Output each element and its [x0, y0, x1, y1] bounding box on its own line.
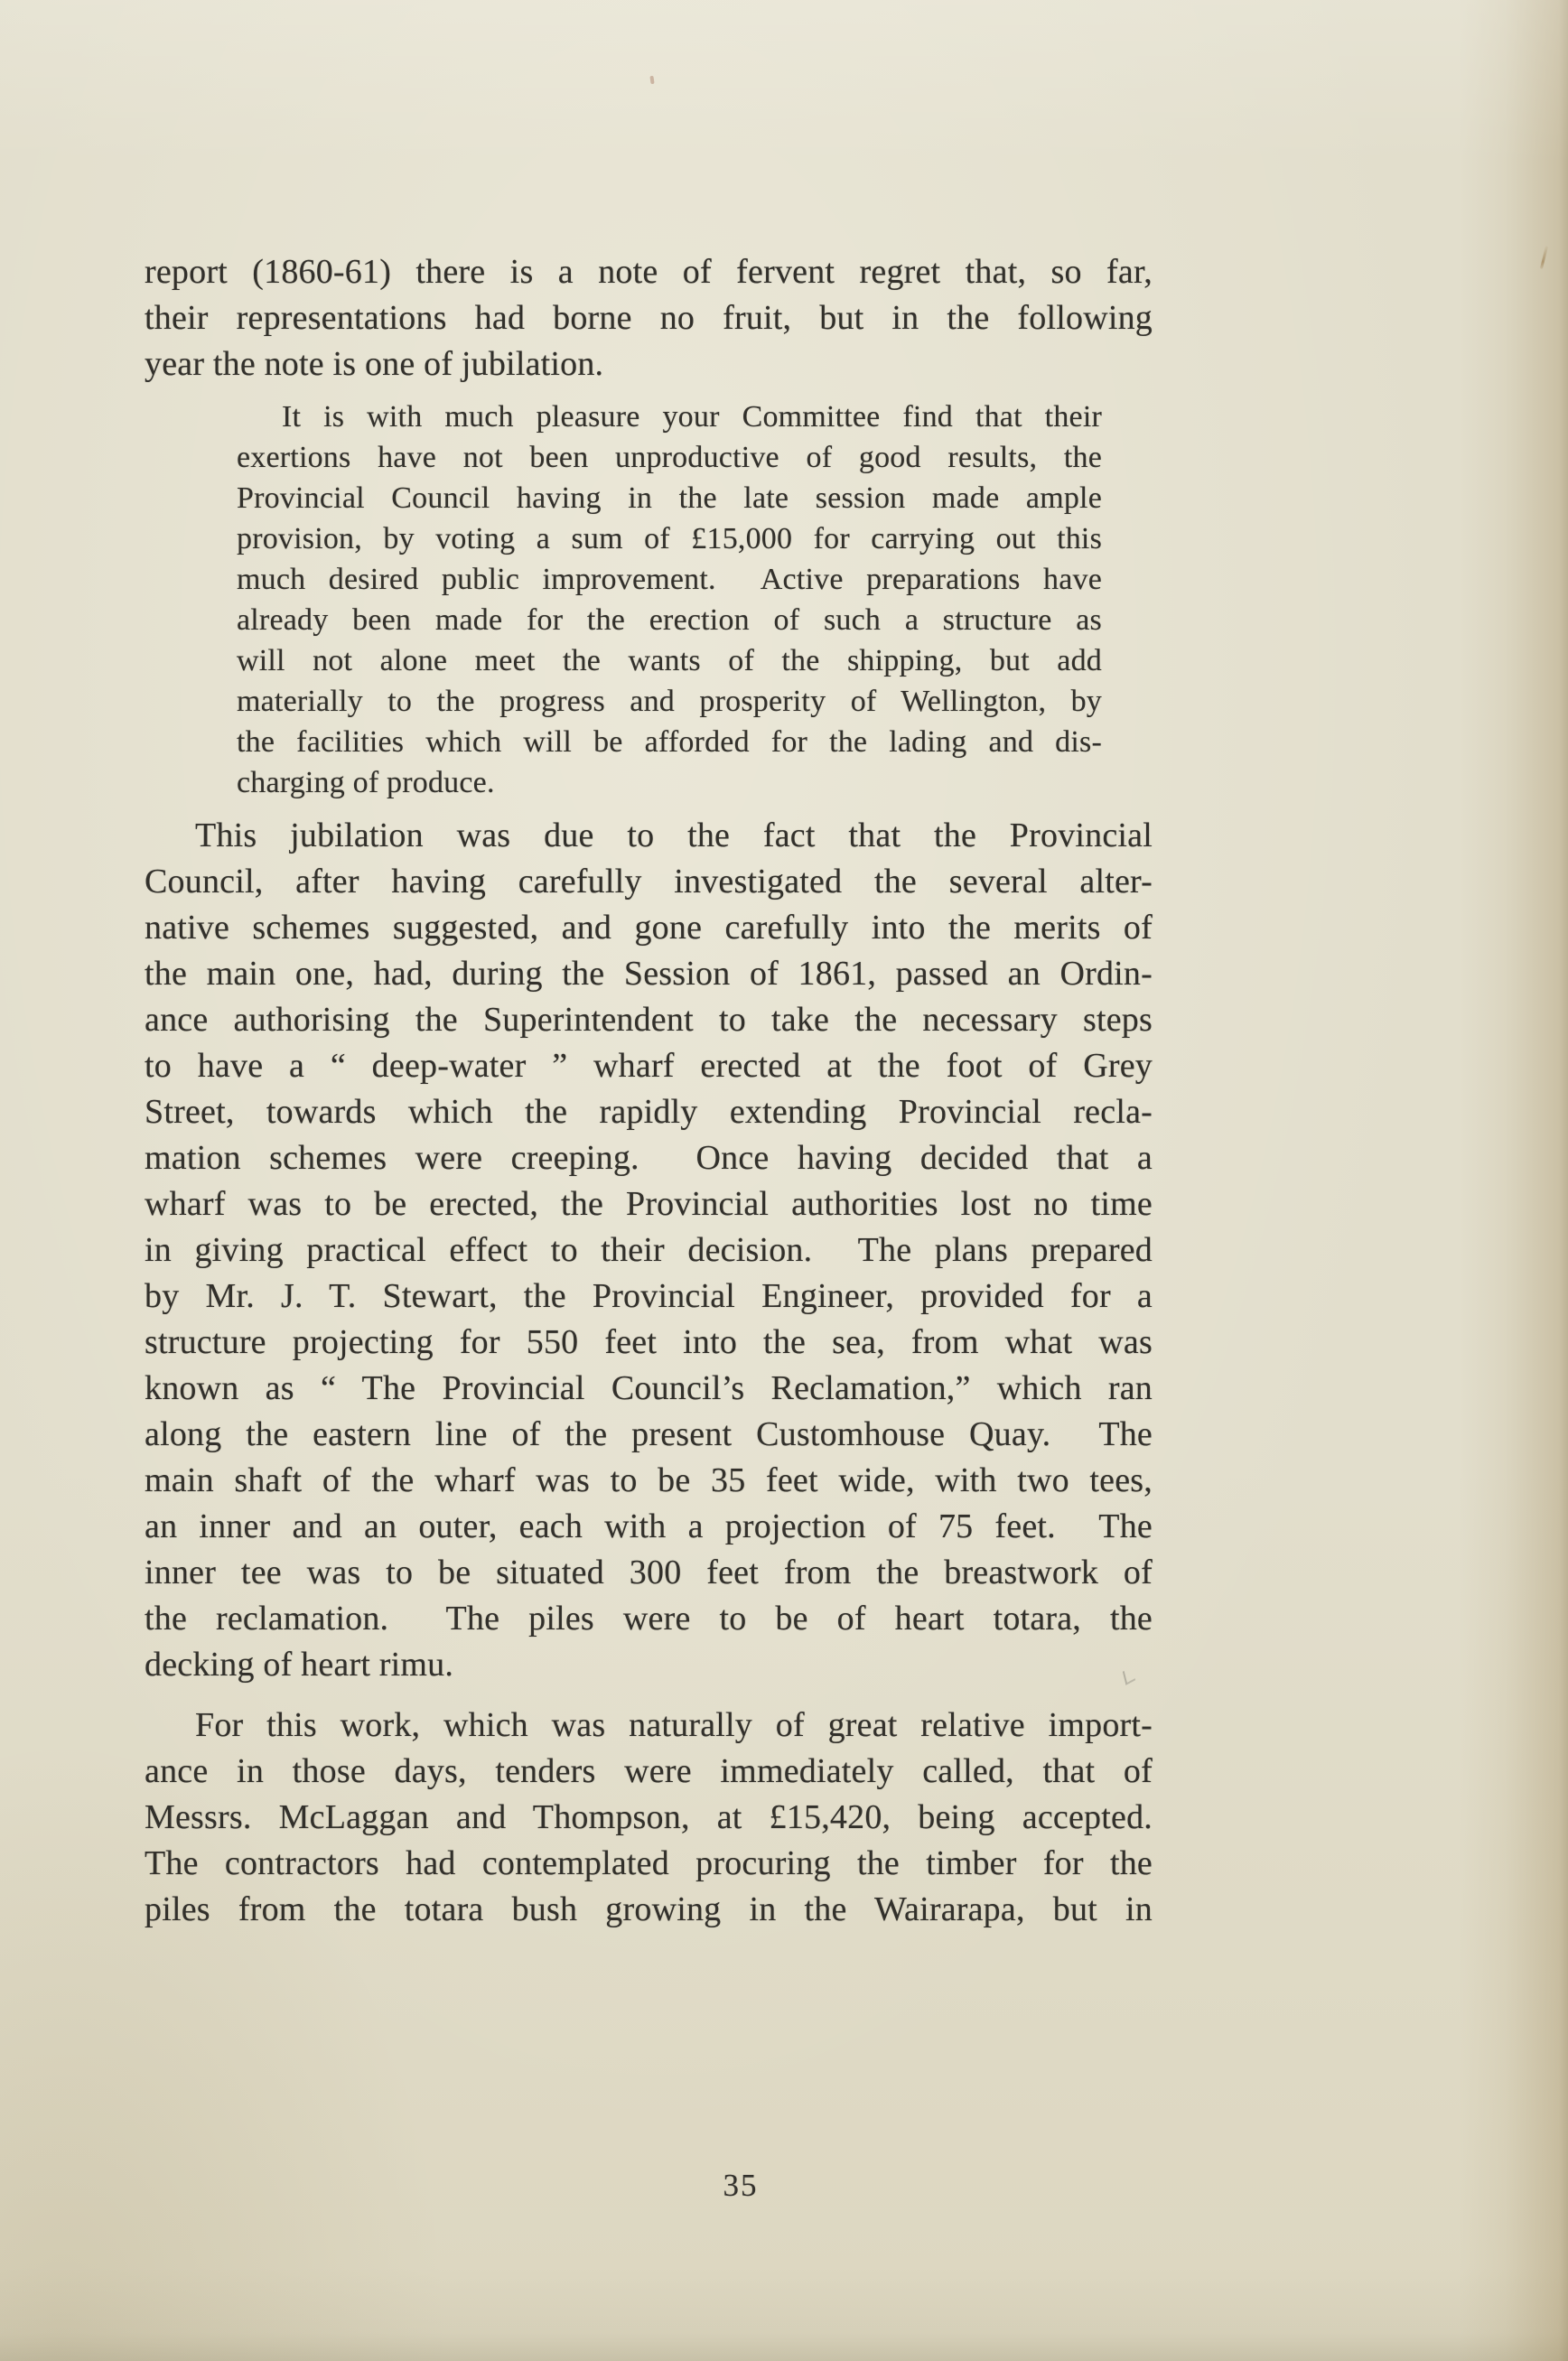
text-line: charging of produce. [237, 762, 1102, 803]
paper-pen-mark [1540, 246, 1548, 269]
text-line: piles from the totara bush growing in th… [145, 1887, 1153, 1933]
text-line: exertions have not been unproductive of … [237, 437, 1102, 478]
text-line: The contractors had contemplated procuri… [145, 1841, 1153, 1887]
text-line: materially to the progress and prosperit… [237, 681, 1102, 722]
jubilation-wharf-plans-paragraph: This jubilation was due to the fact that… [145, 813, 1153, 1688]
text-line: much desired public improvement. Active … [237, 559, 1102, 600]
text-line: the reclamation. The piles were to be of… [145, 1596, 1153, 1642]
paper-speck [649, 76, 654, 84]
text-line: the facilities which will be afforded fo… [237, 722, 1102, 762]
text-line: main shaft of the wharf was to be 35 fee… [145, 1458, 1153, 1504]
text-line: Council, after having carefully investig… [145, 859, 1153, 905]
text-line: an inner and an outer, each with a proje… [145, 1504, 1153, 1550]
text-line: by Mr. J. T. Stewart, the Provincial Eng… [145, 1274, 1153, 1320]
scanned-book-page: report (1860-61) there is a note of ferv… [0, 0, 1568, 2361]
text-line: report (1860-61) there is a note of ferv… [145, 249, 1153, 295]
text-line: This jubilation was due to the fact that… [145, 813, 1153, 859]
committee-report-quote: It is with much pleasure your Committee … [237, 397, 1102, 803]
text-line: provision, by voting a sum of £15,000 fo… [237, 518, 1102, 559]
text-line: Messrs. McLaggan and Thompson, at £15,42… [145, 1795, 1153, 1841]
text-line: to have a “ deep-water ” wharf erected a… [145, 1043, 1153, 1089]
text-line: Street, towards which the rapidly extend… [145, 1089, 1153, 1135]
text-line: wharf was to be erected, the Provincial … [145, 1181, 1153, 1227]
text-line: structure projecting for 550 feet into t… [145, 1320, 1153, 1366]
text-line: in giving practical effect to their deci… [145, 1227, 1153, 1274]
text-line: along the eastern line of the present Cu… [145, 1412, 1153, 1458]
text-line: known as “ The Provincial Council’s Recl… [145, 1366, 1153, 1412]
opening-paragraph: report (1860-61) there is a note of ferv… [145, 249, 1153, 387]
text-line: mation schemes were creeping. Once havin… [145, 1135, 1153, 1181]
text-line: the main one, had, during the Session of… [145, 951, 1153, 997]
text-line: year the note is one of jubilation. [145, 341, 1153, 387]
text-line: ance authorising the Superintendent to t… [145, 997, 1153, 1043]
text-line: decking of heart rimu. [145, 1642, 1153, 1688]
text-line: will not alone meet the wants of the shi… [237, 640, 1102, 681]
text-line: Provincial Council having in the late se… [237, 478, 1102, 518]
text-line: native schemes suggested, and gone caref… [145, 905, 1153, 951]
text-line: already been made for the erection of su… [237, 600, 1102, 640]
tenders-paragraph: For this work, which was naturally of gr… [145, 1703, 1153, 1933]
text-line: inner tee was to be situated 300 feet fr… [145, 1550, 1153, 1596]
text-line: It is with much pleasure your Committee … [237, 397, 1102, 437]
text-line: For this work, which was naturally of gr… [145, 1703, 1153, 1749]
text-line: their representations had borne no fruit… [145, 295, 1153, 341]
page-number: 35 [691, 2168, 790, 2204]
text-line: ance in those days, tenders were immedia… [145, 1749, 1153, 1795]
